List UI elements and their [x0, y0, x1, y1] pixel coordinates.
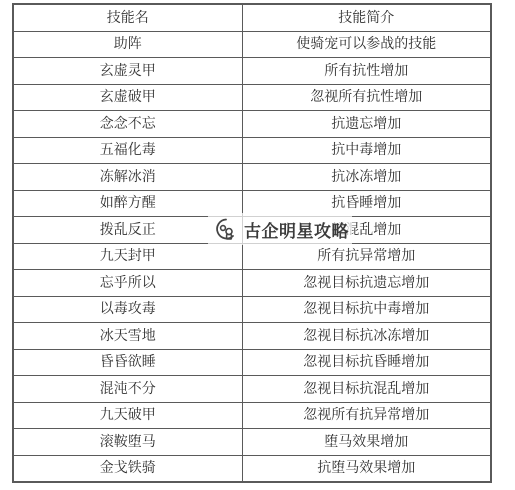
skill-desc-cell: 所有抗性增加 [242, 58, 491, 85]
skill-desc-cell: 所有抗异常增加 [242, 243, 491, 270]
skill-name-cell: 五福化毒 [13, 137, 242, 164]
skill-name-cell: 玄虚灵甲 [13, 58, 242, 85]
skill-name-cell: 玄虚破甲 [13, 84, 242, 111]
table-row: 九天破甲忽视所有抗异常增加 [13, 402, 491, 429]
table-row: 念念不忘抗遗忘增加 [13, 111, 491, 138]
table-row: 助阵使骑宠可以参战的技能 [13, 31, 491, 58]
skill-name-cell: 忘乎所以 [13, 270, 242, 297]
header-skill-desc: 技能简介 [242, 4, 491, 31]
skill-desc-cell: 忽视目标抗昏睡增加 [242, 349, 491, 376]
skill-name-cell: 念念不忘 [13, 111, 242, 138]
skill-desc-cell: 抗中毒增加 [242, 137, 491, 164]
table-row: 玄虚灵甲所有抗性增加 [13, 58, 491, 85]
skill-name-cell: 九天封甲 [13, 243, 242, 270]
table-row: 金戈铁骑抗堕马效果增加 [13, 455, 491, 482]
skill-name-cell: 以毒攻毒 [13, 296, 242, 323]
table-row: 玄虚破甲忽视所有抗性增加 [13, 84, 491, 111]
watermark: 古企明星攻略 [208, 213, 352, 245]
skill-name-cell: 九天破甲 [13, 402, 242, 429]
watermark-text: 古企明星攻略 [244, 217, 349, 242]
skill-name-cell: 金戈铁骑 [13, 455, 242, 482]
skill-desc-cell: 抗遗忘增加 [242, 111, 491, 138]
skill-desc-cell: 忽视目标抗遗忘增加 [242, 270, 491, 297]
skill-name-cell: 冻解冰消 [13, 164, 242, 191]
table-row: 滚鞍堕马堕马效果增加 [13, 429, 491, 456]
table-row: 九天封甲所有抗异常增加 [13, 243, 491, 270]
table-row: 冻解冰消抗冰冻增加 [13, 164, 491, 191]
skill-name-cell: 助阵 [13, 31, 242, 58]
search-badge-icon [214, 217, 238, 241]
skill-name-cell: 昏昏欲睡 [13, 349, 242, 376]
skill-desc-cell: 忽视目标抗混乱增加 [242, 376, 491, 403]
header-skill-name: 技能名 [13, 4, 242, 31]
skill-desc-cell: 抗冰冻增加 [242, 164, 491, 191]
skill-desc-cell: 忽视所有抗异常增加 [242, 402, 491, 429]
skill-desc-cell: 忽视所有抗性增加 [242, 84, 491, 111]
skill-name-cell: 滚鞍堕马 [13, 429, 242, 456]
table-row: 冰天雪地忽视目标抗冰冻增加 [13, 323, 491, 350]
table-header-row: 技能名 技能简介 [13, 4, 491, 31]
table-row: 五福化毒抗中毒增加 [13, 137, 491, 164]
table-row: 忘乎所以忽视目标抗遗忘增加 [13, 270, 491, 297]
skill-desc-cell: 抗堕马效果增加 [242, 455, 491, 482]
table-row: 混沌不分忽视目标抗混乱增加 [13, 376, 491, 403]
skill-desc-cell: 忽视目标抗中毒增加 [242, 296, 491, 323]
skill-desc-cell: 使骑宠可以参战的技能 [242, 31, 491, 58]
skill-desc-cell: 堕马效果增加 [242, 429, 491, 456]
skill-name-cell: 混沌不分 [13, 376, 242, 403]
skill-name-cell: 冰天雪地 [13, 323, 242, 350]
table-row: 昏昏欲睡忽视目标抗昏睡增加 [13, 349, 491, 376]
table-row: 以毒攻毒忽视目标抗中毒增加 [13, 296, 491, 323]
skill-desc-cell: 忽视目标抗冰冻增加 [242, 323, 491, 350]
